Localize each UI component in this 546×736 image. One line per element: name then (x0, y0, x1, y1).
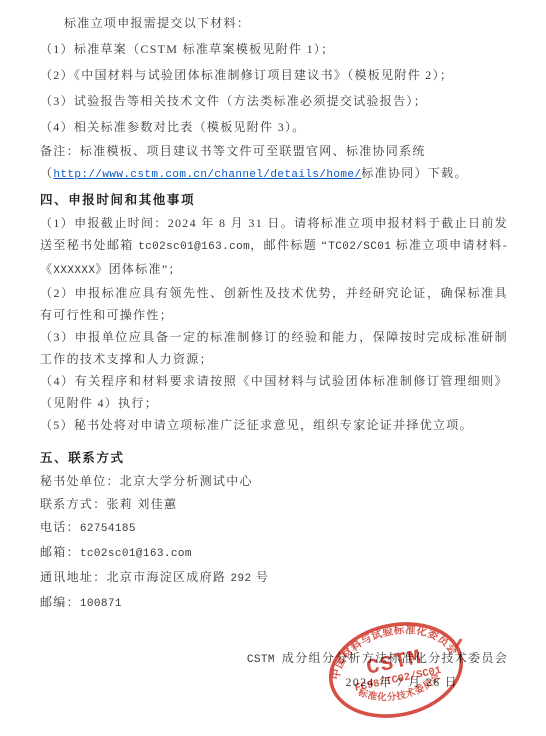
section4-item-5: （5）秘书处将对申请立项标准广泛征求意见，组织专家论证并择优立项。 (40, 414, 508, 436)
document-body: 标准立项申报需提交以下材料： （1）标准草案（CSTM 标准草案模板见附件 1）… (0, 0, 546, 693)
zip-line: 邮编：100871 (40, 591, 508, 616)
remark-line-1: 备注：标准模板、项目建议书等文件可至联盟官网、标准协同系统 (40, 140, 508, 162)
remark-line-2: （http://www.cstm.com.cn/channel/details/… (40, 162, 508, 186)
material-item-1: （1）标准草案（CSTM 标准草案模板见附件 1）； (40, 36, 508, 62)
placeholder-x: XXXXXX (53, 265, 95, 277)
email-line: 邮箱：tc02sc01@163.com (40, 541, 508, 566)
zip-label: 邮编： (40, 595, 80, 609)
material-item-4: （4）相关标准参数对比表（模板见附件 3）。 (40, 114, 508, 140)
section4-item-4: （4）有关程序和材料要求请按照《中国材料与试验团体标准制修订管理细则》（见附件 … (40, 370, 508, 414)
signature-date: 2024 年 7 月 26 日 (40, 671, 508, 693)
address-line: 通讯地址：北京市海淀区成府路 292 号 (40, 566, 508, 591)
contact-persons-line: 联系方式：张莉 刘佳蕙 (40, 493, 508, 516)
remark-open-paren: （ (40, 166, 53, 180)
zip-code: 100871 (80, 598, 122, 610)
section4-heading: 四、申报时间和其他事项 (40, 188, 508, 212)
committee-name-line: CSTM 成分组分分析方法标准化分技术委员会 (40, 647, 508, 671)
address-suffix: 号 (252, 570, 270, 584)
section4-item-1: （1）申报截止时间：2024 年 8 月 31 日。请将标准立项申报材料于截止日… (40, 212, 508, 282)
secretariat-email-inline: tc02sc01@163.com (138, 241, 250, 253)
committee-code-inline: TC02/SC01 (328, 241, 391, 253)
item1-text-d: 》团体标准”； (95, 262, 181, 276)
cstm-website-link[interactable]: http://www.cstm.com.cn/channel/details/h… (53, 169, 361, 181)
address-text: 通讯地址：北京市海淀区成府路 (40, 570, 231, 584)
phone-number: 62754185 (80, 523, 136, 535)
item1-text-b: ，邮件标题 “ (250, 238, 328, 252)
email-address: tc02sc01@163.com (80, 548, 192, 560)
material-item-2: （2）《中国材料与试验团体标准制修订项目建议书》（模板见附件 2）； (40, 62, 508, 88)
committee-name-cn: 成分组分分析方法标准化分技术委员会 (282, 651, 508, 665)
secretariat-unit-line: 秘书处单位：北京大学分析测试中心 (40, 470, 508, 493)
section4-item-2: （2）申报标准应具有领先性、创新性及技术优势，并经研究论证，确保标准具有可行性和… (40, 282, 508, 326)
address-number: 292 (231, 573, 252, 585)
committee-name-en: CSTM (247, 654, 282, 666)
remark-rest: 标准协同）下载。 (361, 166, 467, 180)
phone-line: 电话：62754185 (40, 516, 508, 541)
email-label: 邮箱： (40, 545, 80, 559)
material-item-3: （3）试验报告等相关技术文件（方法类标准必须提交试验报告）； (40, 88, 508, 114)
signature-block: CSTM 成分组分分析方法标准化分技术委员会 2024 年 7 月 26 日 (40, 647, 508, 693)
section5-heading: 五、联系方式 (40, 446, 508, 470)
section4-item-3: （3）申报单位应具备一定的标准制修订的经验和能力，保障按时完成标准研制工作的技术… (40, 326, 508, 370)
document-page: 标准立项申报需提交以下材料： （1）标准草案（CSTM 标准草案模板见附件 1）… (0, 0, 546, 736)
phone-label: 电话： (40, 520, 80, 534)
intro-line: 标准立项申报需提交以下材料： (40, 10, 508, 36)
